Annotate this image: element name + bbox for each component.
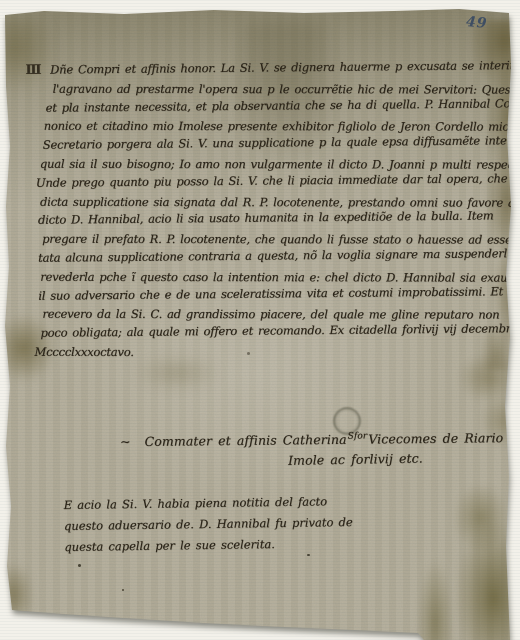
manuscript-line: Unde prego quanto piu posso la Si. V. ch… (36, 171, 494, 194)
manuscript-line: et pla instante necessita, et pla observ… (46, 96, 494, 119)
postscript-line: questa capella per le sue scelerita. (64, 536, 353, 561)
margin-mark: Ⅲ (25, 63, 41, 78)
manuscript-line: dicto D. Hannibal, acio li sia usato hum… (38, 209, 494, 232)
manuscript-line: il suo adversario che e de una scelerati… (38, 284, 494, 307)
signature-name: Commater et affinis Catherina (145, 432, 347, 449)
signature-line-2: Imole ac forlivij etc. (288, 449, 503, 468)
manuscript-line: Mcccclxxxoctavo. (34, 345, 494, 365)
ink-spot (122, 589, 124, 591)
folio-number: 49 (465, 14, 488, 32)
signature-title: Vicecomes de Riario (368, 430, 503, 446)
manuscript-line: poco obligata; ala quale mi offero et re… (40, 322, 494, 345)
manuscript-line: ⅢDñe Compri et affinis honor. La Si. V. … (25, 58, 493, 81)
scanned-manuscript-page: 49 ⅢDñe Compri et affinis honor. La Si. … (0, 0, 520, 640)
manuscript-line: Secretario porgera ala Si. V. una suppli… (43, 134, 494, 157)
signature-insertion: Sfor (348, 431, 368, 441)
parchment-sheet: 49 ⅢDñe Compri et affinis honor. La Si. … (4, 6, 512, 640)
letter-body: ⅢDñe Compri et affinis honor. La Si. V. … (25, 61, 494, 363)
parchment-shadow: 49 ⅢDñe Compri et affinis honor. La Si. … (0, 0, 520, 640)
manuscript-line: tata alcuna supplicatione contraria a qu… (38, 246, 494, 269)
signature-line-1: ~Commater et affinis CatherinaSforViceco… (120, 430, 503, 449)
ink-spot (78, 564, 81, 567)
signature-block: ~Commater et affinis CatherinaSforViceco… (120, 432, 503, 466)
postscript-block: E acio la Si. V. habia piena notitia del… (64, 494, 354, 561)
signature-dash: ~ (120, 434, 131, 449)
